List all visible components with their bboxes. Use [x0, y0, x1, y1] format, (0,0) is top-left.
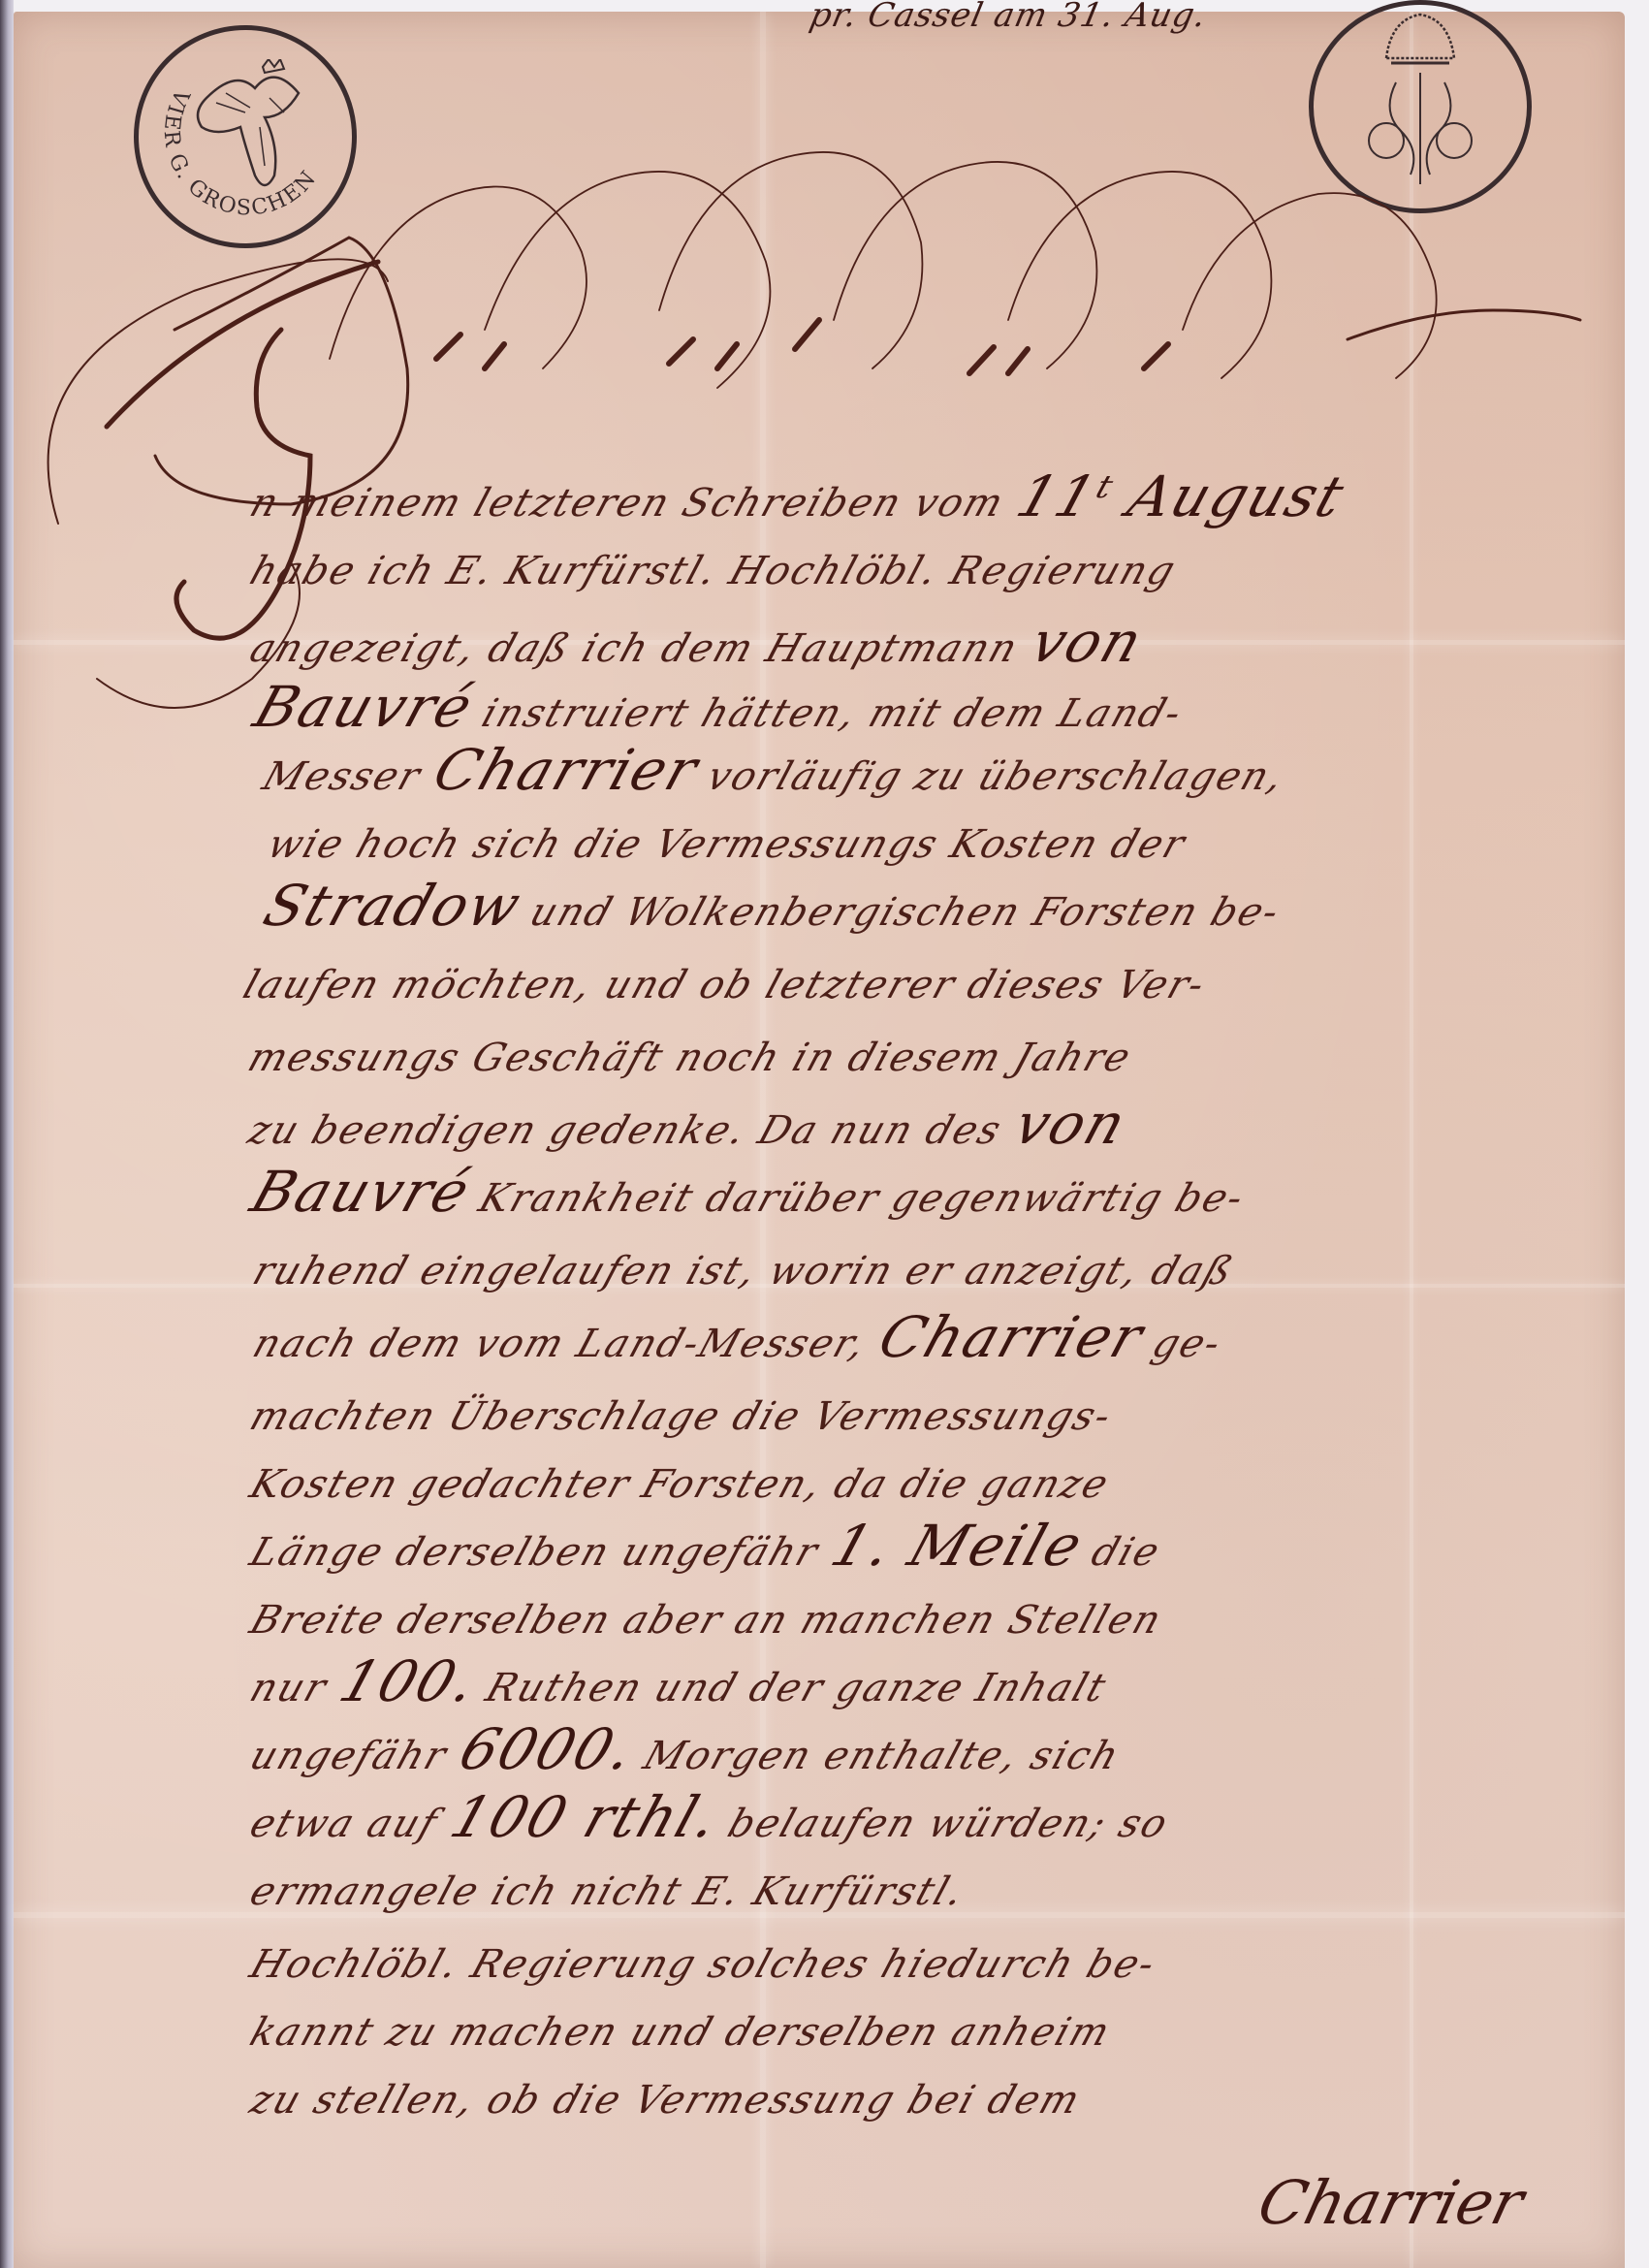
- letter-line: Kosten gedachter Forsten, da die ganze: [243, 1445, 1121, 1511]
- line-emphasis: Stradow: [256, 873, 530, 939]
- letter-line: Messer Charrier vorläufig zu überschlage…: [256, 737, 1296, 803]
- line-text: messungs Geschäft noch in diesem Jahre: [242, 1036, 1137, 1080]
- letter-line: nach dem vom Land-Messer, Charrier ge-: [246, 1304, 1234, 1370]
- letter-line: Hochlöbl. Regierung solches hiedurch be-: [243, 1925, 1168, 1991]
- letter-line: ruhend eingelaufen ist, worin er anzeigt…: [246, 1231, 1246, 1297]
- letter-line: angezeigt, daß ich dem Hauptmann von: [243, 609, 1152, 675]
- line-emphasis: 11ᵗ August: [1009, 463, 1353, 529]
- scanner-edge: [0, 0, 14, 2268]
- line-emphasis: 1. Meile: [823, 1513, 1092, 1579]
- line-text: die: [1072, 1530, 1167, 1575]
- letter-line: laufen möchten, und ob letzterer dieses …: [237, 945, 1218, 1011]
- line-emphasis: von: [1006, 1091, 1135, 1157]
- letter-line: Bauvré Krankheit darüber gegenwärtig be-: [243, 1159, 1256, 1225]
- line-emphasis: Bauvré: [246, 674, 482, 740]
- line-text: zu beendigen gedenke. Da nun des: [242, 1108, 1022, 1153]
- line-emphasis: 100.: [332, 1648, 486, 1714]
- letter-line: Breite derselben aber an manchen Stellen: [243, 1581, 1174, 1646]
- line-text: Kosten gedachter Forsten, da die ganze: [244, 1462, 1115, 1507]
- line-emphasis: 6000.: [452, 1716, 644, 1782]
- letter-line: kannt zu machen und derselben anheim: [243, 1993, 1123, 2059]
- line-text: etwa auf: [244, 1802, 459, 1846]
- line-text: Ruthen und der ganze Inhalt: [466, 1666, 1113, 1710]
- line-text: Hochlöbl. Regierung solches hiedurch be-: [244, 1942, 1161, 1987]
- line-text: angezeigt, daß ich dem Hauptmann: [244, 626, 1038, 671]
- tax-stamp-right: [1309, 0, 1532, 213]
- line-emphasis: Charrier: [426, 737, 707, 803]
- line-text: ge-: [1132, 1322, 1227, 1366]
- crowned-monogram-icon: [1343, 5, 1498, 199]
- letter-line: Bauvré instruiert hätten, mit dem Land-: [246, 674, 1194, 740]
- line-text: und Wolkenbergischen Forsten be-: [510, 890, 1285, 935]
- line-text: Breite derselben aber an manchen Stellen: [244, 1598, 1168, 1643]
- line-text: kannt zu machen und derselben anheim: [244, 2010, 1117, 2055]
- line-emphasis: Bauvré: [243, 1159, 479, 1225]
- line-text: Krankheit darüber gegenwärtig be-: [460, 1176, 1251, 1221]
- line-text: belaufen würden; so: [708, 1802, 1174, 1846]
- line-text: machten Überschlage die Vermessungs-: [244, 1394, 1118, 1439]
- line-text: ruhend eingelaufen ist, worin er anzeigt…: [247, 1249, 1240, 1294]
- line-emphasis: von: [1023, 609, 1152, 675]
- line-text: wie hoch sich die Vermessungs Kosten der: [262, 822, 1191, 867]
- line-text: laufen möchten, und ob letzterer dieses …: [238, 963, 1212, 1007]
- letter-line: etwa auf 100 rthl. belaufen würden; so: [243, 1784, 1181, 1850]
- line-emphasis: Charrier: [871, 1304, 1152, 1370]
- line-text: ermangele ich nicht E. Kurfürstl.: [244, 1869, 970, 1914]
- line-text: Morgen enthalte, sich: [623, 1734, 1126, 1778]
- line-text: habe ich E. Kurfürstl. Hochlöbl. Regieru…: [244, 549, 1182, 593]
- tax-stamp-left: VIER G. GROSCHEN: [134, 25, 357, 248]
- line-text: nur: [244, 1666, 347, 1710]
- line-text: Messer: [257, 754, 441, 799]
- eagle-icon: [187, 59, 313, 205]
- line-text: vorläufig zu überschlagen,: [687, 754, 1291, 799]
- line-text: zu stellen, ob die Vermessung bei dem: [244, 2078, 1087, 2123]
- letter-line: n meinem letzteren Schreiben vom 11ᵗ Aug…: [243, 463, 1353, 529]
- letter-line: Stradow und Wolkenbergischen Forsten be-: [256, 873, 1292, 939]
- letter-line: zu beendigen gedenke. Da nun des von: [241, 1091, 1135, 1157]
- header-note: pr. Cassel am 31. Aug.: [807, 0, 1211, 35]
- letter-line: Länge derselben ungefähr 1. Meile die: [243, 1513, 1172, 1579]
- letter-line: messungs Geschäft noch in diesem Jahre: [241, 1018, 1143, 1084]
- letter-line: zu stellen, ob die Vermessung bei dem: [243, 2060, 1093, 2126]
- signature: Charrier: [1252, 2167, 1531, 2238]
- line-text: n meinem letzteren Schreiben vom: [244, 481, 1025, 526]
- line-text: nach dem vom Land-Messer,: [247, 1322, 886, 1366]
- paper-fold: [1410, 12, 1413, 2268]
- letter-line: ermangele ich nicht E. Kurfürstl.: [243, 1852, 976, 1918]
- letter-line: machten Überschlage die Vermessungs-: [243, 1377, 1124, 1443]
- line-emphasis: 100 rthl.: [443, 1784, 729, 1850]
- line-text: Länge derselben ungefähr: [244, 1530, 839, 1575]
- line-text: instruiert hätten, mit dem Land-: [462, 691, 1189, 736]
- line-text: ungefähr: [244, 1734, 467, 1778]
- letter-line: nur 100. Ruthen und der ganze Inhalt: [243, 1648, 1119, 1714]
- letter-line: habe ich E. Kurfürstl. Hochlöbl. Regieru…: [243, 531, 1188, 597]
- letter-line: ungefähr 6000. Morgen enthalte, sich: [243, 1716, 1131, 1782]
- letter-line: wie hoch sich die Vermessungs Kosten der: [261, 805, 1197, 871]
